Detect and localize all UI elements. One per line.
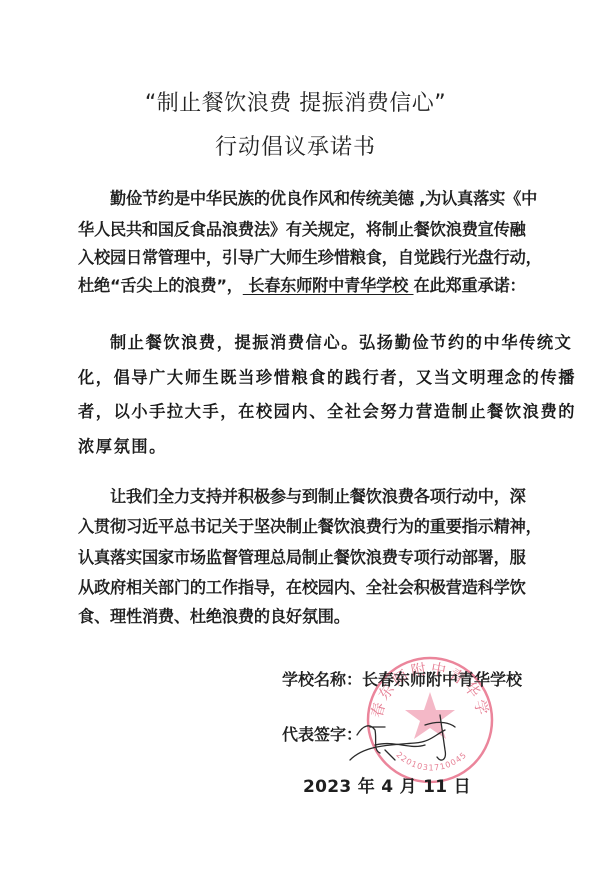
paragraph-text: 杜绝“舌尖上的浪费”， [78, 276, 243, 295]
document-title-line2: 行动倡议承诺书 [0, 130, 591, 161]
paragraph-line: 化，倡导广大师生既当珍惜粮食的践行者，又当文明理念的传播 [78, 364, 576, 388]
paragraph-line: 入贯彻习近平总书记关于坚决制止餐饮浪费行为的重要指示精神， [78, 513, 542, 537]
document-date: 2023 年 4 月 11 日 [303, 772, 471, 797]
paragraph-last-line: 杜绝“舌尖上的浪费”， 长春东师附中青华学校 在此郑重承诺： [78, 272, 525, 296]
paragraph-line: 入校园日常管理中，引导广大师生珍惜粮食，自觉践行光盘行动， [78, 244, 542, 268]
paragraph-line: 勤俭节约是中华民族的优良作风和传统美德 ,为认真落实《中 [110, 185, 537, 209]
paragraph-text: 在此郑重承诺： [414, 276, 526, 295]
paragraph-line: 者，以小手拉大手，在校园内、全社会努力营造制止餐饮浪费的 [78, 398, 576, 422]
paragraph-line: 华人民共和国反食品浪费法》有关规定，将制止餐饮浪费宣传融 [78, 216, 526, 240]
school-name-value: 长春东师附中青华学校 [362, 670, 522, 689]
school-name-label: 学校名称： [282, 670, 362, 689]
paragraph-line: 浓厚氛围。 [78, 433, 167, 457]
paragraph-line: 让我们全力支持并积极参与到制止餐饮浪费各项行动中，深 [110, 483, 526, 507]
document-title-line1: “制止餐饮浪费 提振消费信心” [0, 86, 591, 117]
paragraph-line: 认真落实国家市场监督管理总局制止餐饮浪费专项行动部署，服 [78, 544, 526, 568]
representative-signature-label: 代表签字： [282, 722, 362, 745]
paragraph-line: 制止餐饮浪费，提振消费信心。弘扬勤俭节约的中华传统文 [110, 329, 572, 353]
school-name-row: 学校名称：长春东师附中青华学校 [282, 667, 522, 690]
handwritten-signature [345, 705, 470, 770]
paragraph-line: 食、理性消费、杜绝浪费的良好氛围。 [78, 603, 350, 627]
paragraph-line: 从政府相关部门的工作指导，在校园内、全社会积极营造科学饮 [78, 574, 526, 598]
school-name-underlined: 长春东师附中青华学校 [243, 276, 414, 295]
